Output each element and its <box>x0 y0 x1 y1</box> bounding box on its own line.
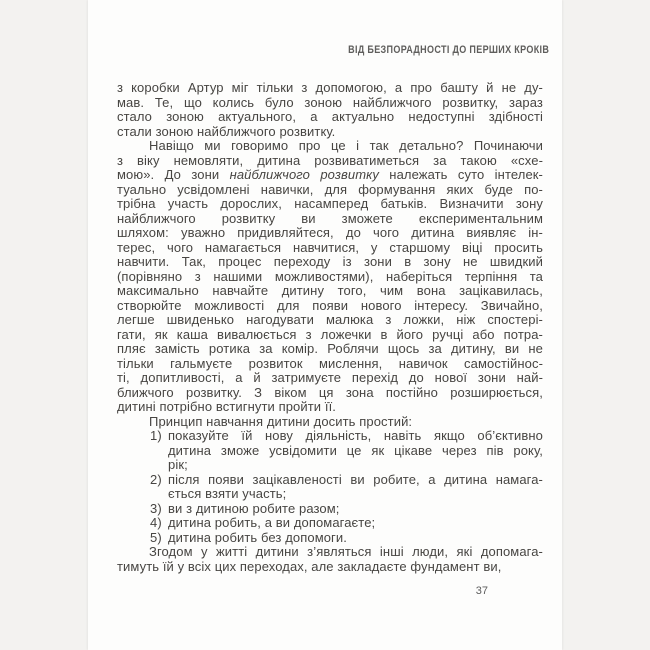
list-item: 4) дитина робить, а ви допомагаєте; <box>117 516 543 531</box>
text-line: створюйте можливості для появи нового ін… <box>117 299 543 314</box>
text-line: максимально навчайте дитину того, чим во… <box>117 284 543 299</box>
book-page: ВІД БЕЗПОРАДНОСТІ ДО ПЕРШИХ КРОКІВ з кор… <box>88 0 562 650</box>
list-item-number: 3) <box>150 502 162 517</box>
text-line: дитина зможе усвідомити це як цікаве чер… <box>168 444 543 459</box>
text-line: пляє замість ротика за комір. Роблячи що… <box>117 342 543 357</box>
text-line: ви з дитиною робите разом; <box>168 502 543 517</box>
text-line: після появи зацікавленості ви робите, а … <box>168 473 543 488</box>
text-line: навчити. Так, процес переходу із зони в … <box>117 255 543 270</box>
text-segment: мою». До зони <box>117 167 230 182</box>
text-segment: належать суто інтелек- <box>379 167 543 182</box>
text-line: дитина робить, а ви допомагаєте; <box>168 516 543 531</box>
page-number: 37 <box>476 585 488 597</box>
paragraph: Навіщо ми говоримо про це і так детально… <box>117 139 543 415</box>
text-line: з віку немовляти, дитина розвиватиметься… <box>117 154 543 169</box>
text-line: шляхом: уважно придивляйтеся, до чого ди… <box>117 226 543 241</box>
text-line: Згодом у житті дитини з’являться інші лю… <box>117 545 543 560</box>
list-item: 1) показуйте їй нову діяльність, навіть … <box>117 429 543 473</box>
text-line-with-italic: мою». До зони найближчого розвитку належ… <box>117 168 543 183</box>
photo-background: ВІД БЕЗПОРАДНОСТІ ДО ПЕРШИХ КРОКІВ з кор… <box>0 0 650 650</box>
text-line: Принцип навчання дитини досить простий: <box>117 415 543 430</box>
text-line: (порівняно з нашими можливостями), набер… <box>117 270 543 285</box>
text-line: дитина робить без допомоги. <box>168 531 543 546</box>
text-line: трібна участь дорослих, насамперед батьк… <box>117 197 543 212</box>
paragraph: з коробки Артур міг тільки з допомогою, … <box>117 81 543 139</box>
text-line: рік; <box>168 458 543 473</box>
text-line: тимуть їй у всіх цих переходах, але закл… <box>117 560 543 575</box>
list-item: 3) ви з дитиною робите разом; <box>117 502 543 517</box>
text-line: з коробки Артур міг тільки з допомогою, … <box>117 81 543 96</box>
list-item: 2) після появи зацікавленості ви робите,… <box>117 473 543 502</box>
text-line: показуйте їй нову діяльність, навіть якщ… <box>168 429 543 444</box>
text-line: ті, допитливості, а й затримуєте перехід… <box>117 371 543 386</box>
text-line: мав. Те, що колись було зоною найближчог… <box>117 96 543 111</box>
text-line: туально усвідомлені навички, для формува… <box>117 183 543 198</box>
text-line: стало зоною актуального, а актуально нед… <box>117 110 543 125</box>
list-item: 5) дитина робить без допомоги. <box>117 531 543 546</box>
list-item-number: 2) <box>150 473 162 488</box>
text-line: ється взяти участь; <box>168 487 543 502</box>
text-line: тільки гальмуєте розвиток мислення, нави… <box>117 357 543 372</box>
text-line: стали зоною найближчого розвитку. <box>117 125 543 140</box>
paragraph: Згодом у житті дитини з’являться інші лю… <box>117 545 543 574</box>
text-line: дитині потрібно встигнути пройти її. <box>117 400 543 415</box>
text-line: найближчого розвитку ви зможете експерим… <box>117 212 543 227</box>
text-line: легше швиденько нагодувати малюка з ложк… <box>117 313 543 328</box>
running-header: ВІД БЕЗПОРАДНОСТІ ДО ПЕРШИХ КРОКІВ <box>348 44 549 56</box>
text-line: гати, як каша вивалюється з ложечки в йо… <box>117 328 543 343</box>
numbered-list: 1) показуйте їй нову діяльність, навіть … <box>117 429 543 545</box>
text-line: терес, чого намагається навчитися, у ста… <box>117 241 543 256</box>
text-line: Навіщо ми говоримо про це і так детально… <box>117 139 543 154</box>
body-text: з коробки Артур міг тільки з допомогою, … <box>117 81 543 574</box>
paragraph: Принцип навчання дитини досить простий: <box>117 415 543 430</box>
italic-term: найближчого розвитку <box>230 167 379 182</box>
list-item-number: 4) <box>150 516 162 531</box>
list-item-number: 1) <box>150 429 162 444</box>
text-line: ближчого розвитку. З віком ця зона пості… <box>117 386 543 401</box>
list-item-number: 5) <box>150 531 162 546</box>
